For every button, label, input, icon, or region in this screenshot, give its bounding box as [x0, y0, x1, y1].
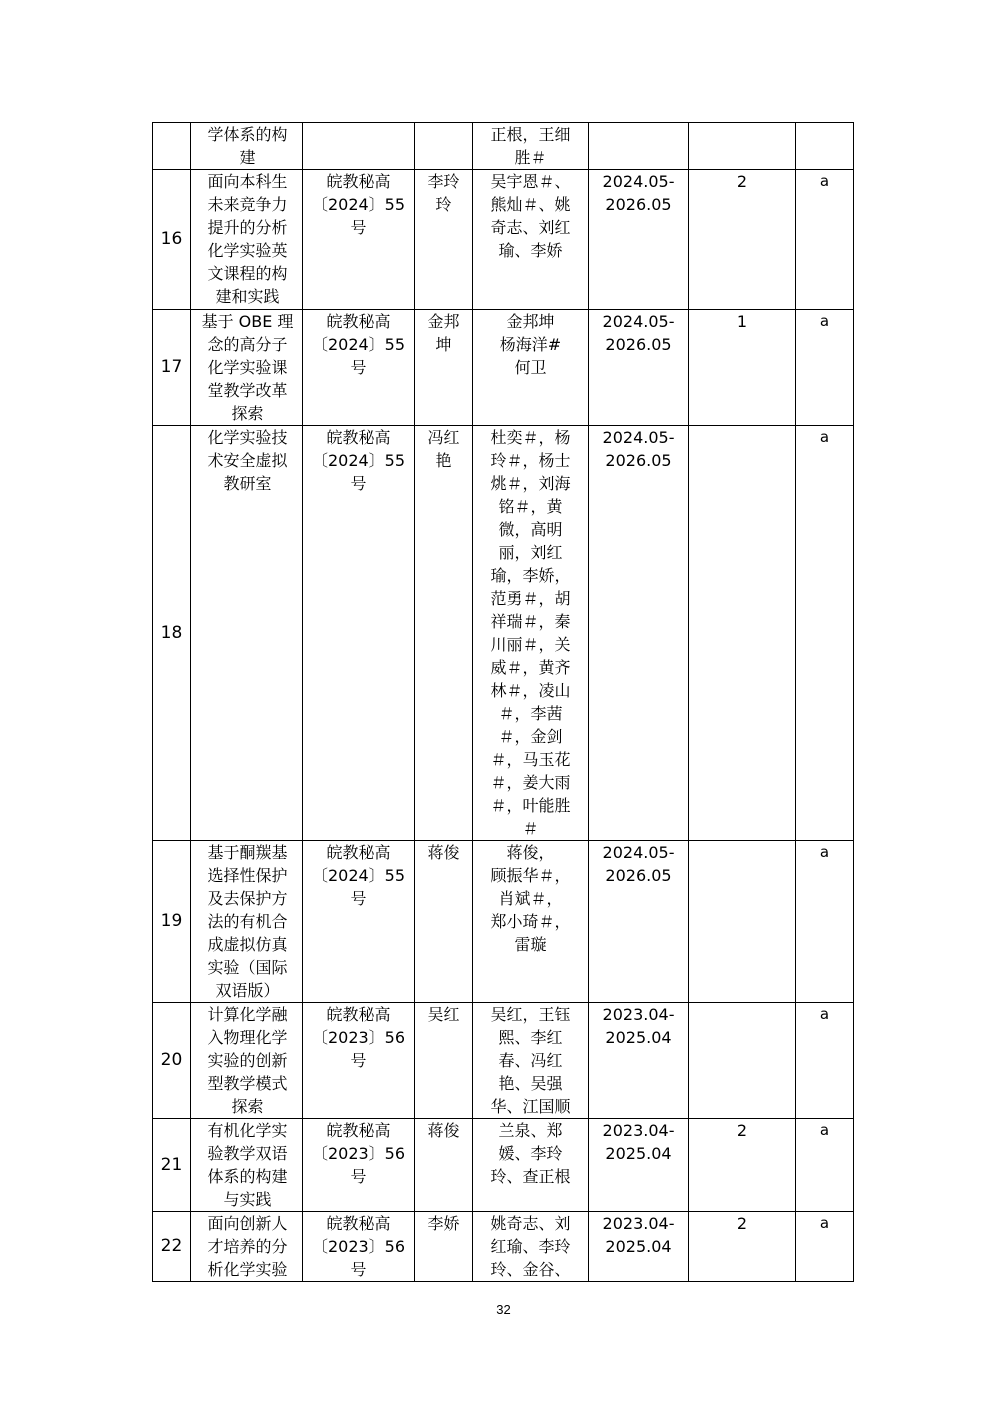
- period-cell: 2024.05- 2026.05: [589, 170, 689, 310]
- row-number-cell: 18: [153, 426, 191, 841]
- project-title-cell: 基于 OBE 理 念的高分子 化学实验课 堂教学改革 探索: [191, 310, 303, 426]
- page-number: 32: [0, 1302, 1007, 1317]
- grade-cell: [796, 123, 854, 170]
- count-cell: [689, 1003, 796, 1119]
- project-title-cell: 计算化学融 入物理化学 实验的创新 型教学模式 探索: [191, 1003, 303, 1119]
- row-number-cell: 16: [153, 170, 191, 310]
- row-number-cell: 20: [153, 1003, 191, 1119]
- leader-cell: 冯红 艳: [415, 426, 473, 841]
- period-cell: 2024.05- 2026.05: [589, 841, 689, 1003]
- grade-cell: a: [796, 310, 854, 426]
- row-number-cell: 22: [153, 1212, 191, 1282]
- row-number-cell: 19: [153, 841, 191, 1003]
- table-row: 19 基于酮羰基 选择性保护 及去保护方 法的有机合 成虚拟仿真 实验（国际 双…: [153, 841, 854, 1003]
- leader-cell: [415, 123, 473, 170]
- grade-cell: a: [796, 841, 854, 1003]
- period-cell: [589, 123, 689, 170]
- table-row: 20 计算化学融 入物理化学 实验的创新 型教学模式 探索 皖教秘高 〔2023…: [153, 1003, 854, 1119]
- members-cell: 吴红，王钰 熙、李红 春、冯红 艳、吴强 华、江国顺: [473, 1003, 589, 1119]
- period-cell: 2024.05- 2026.05: [589, 310, 689, 426]
- document-cell: [303, 123, 415, 170]
- project-title-cell: 面向创新人 才培养的分 析化学实验: [191, 1212, 303, 1282]
- count-cell: [689, 841, 796, 1003]
- leader-cell: 蒋俊: [415, 841, 473, 1003]
- grade-cell: a: [796, 1003, 854, 1119]
- leader-cell: 李娇: [415, 1212, 473, 1282]
- document-cell: 皖教秘高 〔2024〕55 号: [303, 426, 415, 841]
- members-cell: 蒋俊， 顾振华＃， 肖斌＃， 郑小琦＃， 雷璇: [473, 841, 589, 1003]
- grade-cell: a: [796, 170, 854, 310]
- document-cell: 皖教秘高 〔2024〕55 号: [303, 310, 415, 426]
- project-title-cell: 化学实验技 术安全虚拟 教研室: [191, 426, 303, 841]
- document-cell: 皖教秘高 〔2024〕55 号: [303, 841, 415, 1003]
- period-cell: 2023.04- 2025.04: [589, 1119, 689, 1212]
- table-row: 18 化学实验技 术安全虚拟 教研室 皖教秘高 〔2024〕55 号 冯红 艳 …: [153, 426, 854, 841]
- count-cell: [689, 123, 796, 170]
- period-cell: 2024.05- 2026.05: [589, 426, 689, 841]
- count-cell: 2: [689, 1212, 796, 1282]
- period-cell: 2023.04- 2025.04: [589, 1212, 689, 1282]
- grade-cell: a: [796, 426, 854, 841]
- count-cell: 1: [689, 310, 796, 426]
- leader-cell: 蒋俊: [415, 1119, 473, 1212]
- period-cell: 2023.04- 2025.04: [589, 1003, 689, 1119]
- row-number-cell: 21: [153, 1119, 191, 1212]
- count-cell: 2: [689, 170, 796, 310]
- leader-cell: 金邦 坤: [415, 310, 473, 426]
- members-cell: 正根，王细 胜＃: [473, 123, 589, 170]
- members-cell: 吴宇恩＃、 熊灿＃、姚 奇志、刘红 瑜、李娇: [473, 170, 589, 310]
- document-cell: 皖教秘高 〔2023〕56 号: [303, 1003, 415, 1119]
- count-cell: 2: [689, 1119, 796, 1212]
- table-row: 22 面向创新人 才培养的分 析化学实验 皖教秘高 〔2023〕56 号 李娇 …: [153, 1212, 854, 1282]
- project-title-cell: 基于酮羰基 选择性保护 及去保护方 法的有机合 成虚拟仿真 实验（国际 双语版）: [191, 841, 303, 1003]
- members-cell: 金邦坤 杨海洋# 何卫: [473, 310, 589, 426]
- row-number-cell: 17: [153, 310, 191, 426]
- table-row: 17 基于 OBE 理 念的高分子 化学实验课 堂教学改革 探索 皖教秘高 〔2…: [153, 310, 854, 426]
- table-row: 16 面向本科生 未来竞争力 提升的分析 化学实验英 文课程的构 建和实践 皖教…: [153, 170, 854, 310]
- project-title-cell: 面向本科生 未来竞争力 提升的分析 化学实验英 文课程的构 建和实践: [191, 170, 303, 310]
- document-cell: 皖教秘高 〔2023〕56 号: [303, 1119, 415, 1212]
- members-cell: 姚奇志、刘 红瑜、李玲 玲、金谷、: [473, 1212, 589, 1282]
- table-row-continued: 学体系的构 建 正根，王细 胜＃: [153, 123, 854, 170]
- grade-cell: a: [796, 1119, 854, 1212]
- grade-cell: a: [796, 1212, 854, 1282]
- project-table: 学体系的构 建 正根，王细 胜＃ 16 面向本科生 未来竞争力 提升的分析 化学…: [152, 122, 854, 1282]
- project-title-cell: 有机化学实 验教学双语 体系的构建 与实践: [191, 1119, 303, 1212]
- project-title-cell: 学体系的构 建: [191, 123, 303, 170]
- leader-cell: 吴红: [415, 1003, 473, 1119]
- count-cell: [689, 426, 796, 841]
- row-number-cell: [153, 123, 191, 170]
- leader-cell: 李玲 玲: [415, 170, 473, 310]
- table-row: 21 有机化学实 验教学双语 体系的构建 与实践 皖教秘高 〔2023〕56 号…: [153, 1119, 854, 1212]
- members-cell: 杜奕＃，杨 玲＃，杨士 烑＃，刘海 铭＃，黄 微，高明 丽，刘红 瑜，李娇， 范…: [473, 426, 589, 841]
- document-cell: 皖教秘高 〔2024〕55 号: [303, 170, 415, 310]
- document-cell: 皖教秘高 〔2023〕56 号: [303, 1212, 415, 1282]
- members-cell: 兰泉、郑 媛、李玲 玲、查正根: [473, 1119, 589, 1212]
